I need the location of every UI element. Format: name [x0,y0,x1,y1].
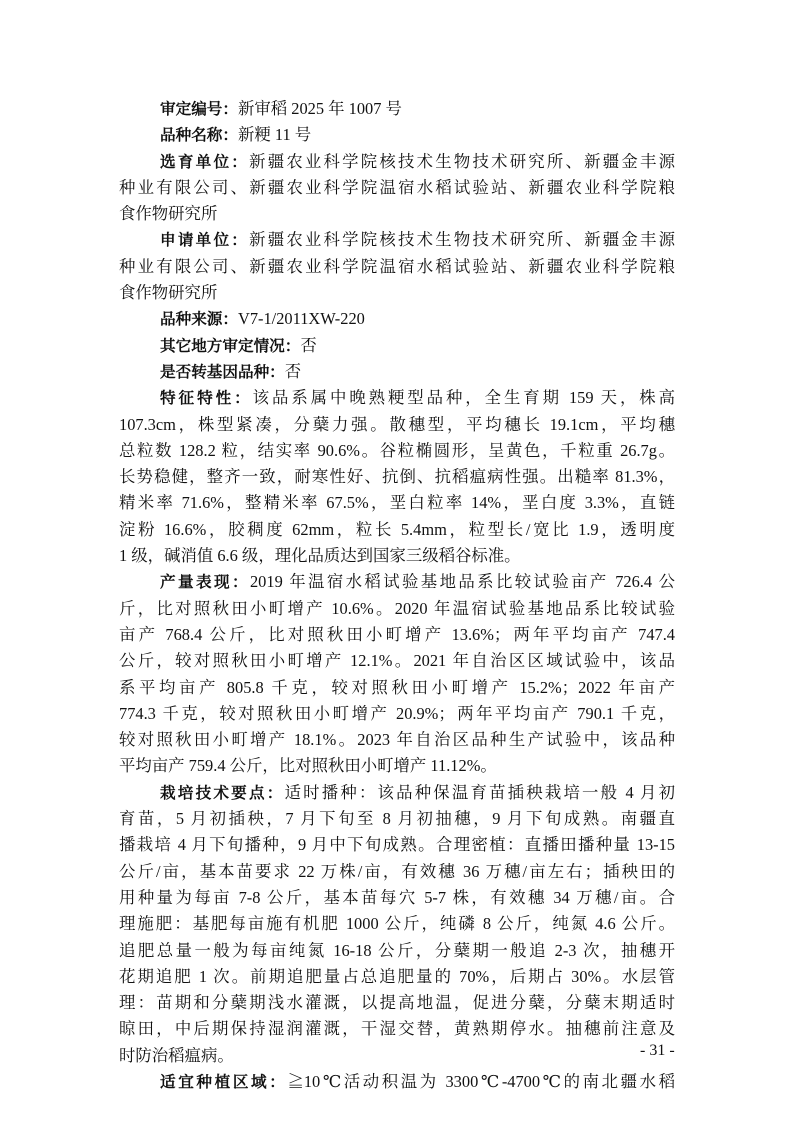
field-continuation: 食作物研究所 [119,201,675,227]
field-value: V7-1/2011XW-220 [238,309,365,328]
field-label: 是否转基因品种： [160,363,285,381]
field-label: 适宜种植区域： [160,1073,287,1091]
field-value: 新粳 11 号 [238,125,311,144]
field-continuation: 公斤，较对照秋田小町增产 12.1%。2021 年自治区区域试验中，该品 [119,648,675,674]
field-continuation: 亩产 768.4 公斤，比对照秋田小町增产 13.6%；两年平均亩产 747.4 [119,622,675,648]
field-applicant-unit: 申请单位：新疆农业科学院核技术生物技术研究所、新疆金丰源 [119,227,675,253]
field-value: 新审稻 2025 年 1007 号 [238,99,402,118]
field-value: ≧10℃活动积温为 3300℃-4700℃的南北疆水稻 [287,1072,675,1091]
field-label: 其它地方审定情况： [160,337,300,355]
field-continuation: 食作物研究所 [119,280,675,306]
field-continuation: 系平均亩产 805.8 千克，较对照秋田小町增产 15.2%；2022 年亩产 [119,675,675,701]
field-continuation: 理施肥：基肥每亩施有机肥 1000 公斤，纯磷 8 公斤，纯氮 4.6 公斤。 [119,911,675,937]
field-variety-name: 品种名称：新粳 11 号 [119,122,675,148]
field-label: 栽培技术要点： [160,784,285,802]
field-continuation: 1 级，碱消值 6.6 级，理化品质达到国家三级稻谷标准。 [119,543,675,569]
field-value: 新疆农业科学院核技术生物技术研究所、新疆金丰源 [249,230,675,249]
field-label: 品种名称： [160,126,238,144]
field-continuation: 育苗，5 月初插秧，7 月下旬至 8 月初抽穗，9 月下旬成熟。南疆直 [119,806,675,832]
field-continuation: 用种量为每亩 7-8 公斤，基本苗每穴 5-7 株，有效穗 34 万穗/亩。合 [119,885,675,911]
field-continuation: 花期追肥 1 次。前期追肥量占总追肥量的 70%，后期占 30%。水层管 [119,964,675,990]
field-continuation: 播栽培 4 月下旬播种，9 月中下旬成熟。合理密植：直播田播种量 13-15 [119,832,675,858]
field-continuation: 时防治稻瘟病。 [119,1043,675,1069]
field-other-approvals: 其它地方审定情况：否 [119,333,675,359]
field-continuation: 107.3cm，株型紧凑，分蘖力强。散穗型，平均穗长 19.1cm，平均穗 [119,412,675,438]
page-number: - 31 - [640,1042,675,1060]
field-continuation: 种业有限公司、新疆农业科学院温宿水稻试验站、新疆农业科学院粮 [119,254,675,280]
field-continuation: 较对照秋田小町增产 18.1%。2023 年自治区品种生产试验中，该品种 [119,727,675,753]
field-suitable-region: 适宜种植区域：≧10℃活动积温为 3300℃-4700℃的南北疆水稻 [119,1069,675,1095]
field-cultivation-techniques: 栽培技术要点：适时播种：该品种保温育苗插秧栽培一般 4 月初 [119,780,675,806]
field-gmo: 是否转基因品种：否 [119,359,675,385]
field-value: 适时播种：该品种保温育苗插秧栽培一般 4 月初 [285,783,675,802]
document-body: 审定编号：新审稻 2025 年 1007 号 品种名称：新粳 11 号 选育单位… [119,96,675,1095]
field-continuation: 晾田，中后期保持湿润灌溉，干湿交替，黄熟期停水。抽穗前注意及 [119,1016,675,1042]
field-variety-source: 品种来源：V7-1/2011XW-220 [119,306,675,332]
field-approval-number: 审定编号：新审稻 2025 年 1007 号 [119,96,675,122]
field-continuation: 斤，比对照秋田小町增产 10.6%。2020 年温宿试验基地品系比较试验 [119,596,675,622]
document-page: 审定编号：新审稻 2025 年 1007 号 品种名称：新粳 11 号 选育单位… [0,0,793,1122]
field-value: 否 [285,362,301,381]
field-label: 申请单位： [160,231,249,249]
field-continuation: 公斤/亩，基本苗要求 22 万株/亩，有效穗 36 万穗/亩左右；插秧田的 [119,859,675,885]
field-breeding-unit: 选育单位：新疆农业科学院核技术生物技术研究所、新疆金丰源 [119,149,675,175]
field-continuation: 精米率 71.6%，整精米率 67.5%，垩白粒率 14%，垩白度 3.3%，直… [119,490,675,516]
field-continuation: 理：苗期和分蘖期浅水灌溉，以提高地温，促进分蘖，分蘖末期适时 [119,990,675,1016]
field-continuation: 种业有限公司、新疆农业科学院温宿水稻试验站、新疆农业科学院粮 [119,175,675,201]
field-value: 否 [300,336,316,355]
field-label: 特征特性： [160,389,253,407]
field-continuation: 追肥总量一般为每亩纯氮 16-18 公斤，分蘖期一般追 2-3 次，抽穗开 [119,938,675,964]
field-continuation: 总粒数 128.2 粒，结实率 90.6%。谷粒椭圆形，呈黄色，千粒重 26.7… [119,438,675,464]
field-value: 2019 年温宿水稻试验基地品系比较试验亩产 726.4 公 [250,572,675,591]
field-continuation: 平均亩产 759.4 公斤，比对照秋田小町增产 11.12%。 [119,753,675,779]
field-characteristics: 特征特性：该品系属中晚熟粳型品种，全生育期 159 天，株高 [119,385,675,411]
field-continuation: 774.3 千克，较对照秋田小町增产 20.9%；两年平均亩产 790.1 千克… [119,701,675,727]
field-label: 选育单位： [160,153,249,171]
field-continuation: 淀粉 16.6%，胶稠度 62mm，粒长 5.4mm，粒型长/宽比 1.9，透明… [119,517,675,543]
field-label: 审定编号： [160,100,238,118]
field-label: 品种来源： [160,310,238,328]
field-value: 该品系属中晚熟粳型品种，全生育期 159 天，株高 [253,388,675,407]
field-continuation: 长势稳健，整齐一致，耐寒性好、抗倒、抗稻瘟病性强。出糙率 81.3%， [119,464,675,490]
field-yield-performance: 产量表现：2019 年温宿水稻试验基地品系比较试验亩产 726.4 公 [119,569,675,595]
field-label: 产量表现： [160,573,250,591]
field-value: 新疆农业科学院核技术生物技术研究所、新疆金丰源 [249,152,675,171]
